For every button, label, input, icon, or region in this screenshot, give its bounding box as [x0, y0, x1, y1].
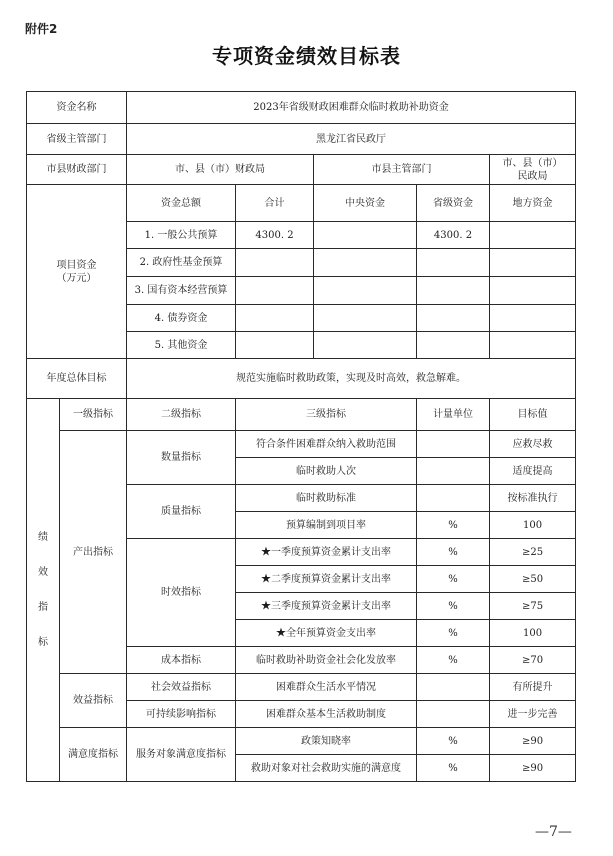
funds-row-provincial: 4300. 2: [417, 222, 490, 249]
funds-col-total-amount: 资金总额: [127, 185, 236, 222]
indicator-name: 困难群众生活水平情况: [236, 674, 417, 701]
funds-row-provincial: [417, 249, 490, 277]
funds-row-central: [314, 249, 417, 277]
annual-goal-row: 年度总体目标 规范实施临时救助政策，实现及时高效，救急解难。: [27, 359, 576, 399]
provincial-dept-value: 黑龙江省民政厅: [127, 124, 576, 155]
funds-row-provincial: [417, 305, 490, 332]
funds-col-local: 地方资金: [490, 185, 576, 222]
funds-row-total: [236, 277, 314, 305]
level1-benefit: 效益指标: [60, 674, 127, 728]
level1-satisfaction: 满意度指标: [60, 728, 127, 782]
level2-cost: 成本指标: [127, 647, 236, 674]
city-dept-line2: 民政局: [492, 170, 573, 183]
project-funds-label-line1: 项目资金: [29, 259, 124, 272]
indicator-target: 有所提升: [490, 674, 576, 701]
indicator-unit: %: [417, 755, 490, 782]
city-finance-label: 市县财政部门: [27, 155, 127, 185]
funds-row-central: [314, 277, 417, 305]
indicator-unit: %: [417, 566, 490, 593]
funds-row-provincial: [417, 332, 490, 359]
fund-name-label: 资金名称: [27, 92, 127, 124]
funds-row-total: [236, 305, 314, 332]
indicator-name: 救助对象对社会救助实施的满意度: [236, 755, 417, 782]
attachment-label: 附件2: [25, 20, 57, 37]
funds-col-central: 中央资金: [314, 185, 417, 222]
project-funds-label: 项目资金 （万元）: [27, 185, 127, 359]
indicator-row: 满意度指标 服务对象满意度指标 政策知晓率 % ≥90: [27, 728, 576, 755]
vert-char: 标: [29, 636, 57, 649]
annual-goal-label: 年度总体目标: [27, 359, 127, 399]
level2-social: 社会效益指标: [127, 674, 236, 701]
funds-row-name: 1. 一般公共预算: [127, 222, 236, 249]
funds-row-name: 3. 国有资本经营预算: [127, 277, 236, 305]
provincial-dept-row: 省级主管部门 黑龙江省民政厅: [27, 124, 576, 155]
indicator-target: 进一步完善: [490, 701, 576, 728]
indicator-name: ★三季度预算资金累计支出率: [236, 593, 417, 620]
indicator-unit: %: [417, 512, 490, 539]
col-unit: 计量单位: [417, 399, 490, 431]
funds-row-name: 5. 其他资金: [127, 332, 236, 359]
indicator-target: 100: [490, 620, 576, 647]
funds-row-central: [314, 332, 417, 359]
annual-goal-text: 规范实施临时救助政策，实现及时高效，救急解难。: [127, 359, 576, 399]
page-number: —7—: [535, 824, 572, 840]
col-level1: 一级指标: [60, 399, 127, 431]
vert-char: 指: [29, 601, 57, 614]
funds-row-local: [490, 249, 576, 277]
vert-char: 效: [29, 566, 57, 579]
provincial-dept-label: 省级主管部门: [27, 124, 127, 155]
indicator-name: 政策知晓率: [236, 728, 417, 755]
col-target: 目标值: [490, 399, 576, 431]
vert-char: 绩: [29, 531, 57, 544]
indicator-target: 适度提高: [490, 458, 576, 485]
indicator-unit: [417, 485, 490, 512]
indicator-target: ≥75: [490, 593, 576, 620]
indicator-unit: %: [417, 728, 490, 755]
funds-header-row: 项目资金 （万元） 资金总额 合计 中央资金 省级资金 地方资金: [27, 185, 576, 222]
funds-row-provincial: [417, 277, 490, 305]
funds-row-total: [236, 249, 314, 277]
indicator-target: ≥90: [490, 728, 576, 755]
indicator-unit: [417, 674, 490, 701]
level2-quantity: 数量指标: [127, 431, 236, 485]
funds-col-provincial: 省级资金: [417, 185, 490, 222]
fund-name-value: 2023年省级财政困难群众临时救助补助资金: [127, 92, 576, 124]
city-dept-value: 市、县（市） 民政局: [490, 155, 576, 185]
indicator-unit: %: [417, 647, 490, 674]
indicator-name: 困难群众基本生活救助制度: [236, 701, 417, 728]
city-finance-row: 市县财政部门 市、县（市）财政局 市县主管部门 市、县（市） 民政局: [27, 155, 576, 185]
indicator-target: 按标准执行: [490, 485, 576, 512]
indicator-target: ≥90: [490, 755, 576, 782]
performance-indicators-label: 绩 效 指 标: [27, 399, 60, 782]
level2-timeliness: 时效指标: [127, 539, 236, 647]
indicator-name: ★二季度预算资金累计支出率: [236, 566, 417, 593]
funds-row-local: [490, 305, 576, 332]
project-funds-label-line2: （万元）: [29, 272, 124, 285]
funds-row-name: 4. 债券资金: [127, 305, 236, 332]
indicators-header-row: 绩 效 指 标 一级指标 二级指标 三级指标 计量单位 目标值: [27, 399, 576, 431]
funds-row-local: [490, 332, 576, 359]
indicator-name: ★一季度预算资金累计支出率: [236, 539, 417, 566]
indicator-target: 100: [490, 512, 576, 539]
indicator-name: ★全年预算资金支出率: [236, 620, 417, 647]
indicator-unit: %: [417, 620, 490, 647]
indicator-target: ≥70: [490, 647, 576, 674]
indicator-name: 临时救助标准: [236, 485, 417, 512]
indicator-row: 效益指标 社会效益指标 困难群众生活水平情况 有所提升: [27, 674, 576, 701]
indicator-unit: [417, 458, 490, 485]
indicator-name: 符合条件困难群众纳入救助范围: [236, 431, 417, 458]
city-dept-label: 市县主管部门: [314, 155, 490, 185]
level1-output: 产出指标: [60, 431, 127, 674]
city-finance-value: 市、县（市）财政局: [127, 155, 314, 185]
level2-sustainable: 可持续影响指标: [127, 701, 236, 728]
indicator-unit: %: [417, 593, 490, 620]
indicator-unit: %: [417, 539, 490, 566]
funds-row-central: [314, 305, 417, 332]
indicator-unit: [417, 701, 490, 728]
funds-row-total: 4300. 2: [236, 222, 314, 249]
indicator-name: 预算编制到项目率: [236, 512, 417, 539]
level2-quality: 质量指标: [127, 485, 236, 539]
funds-row-total: [236, 332, 314, 359]
performance-target-table: 资金名称 2023年省级财政困难群众临时救助补助资金 省级主管部门 黑龙江省民政…: [26, 91, 576, 782]
indicator-target: ≥25: [490, 539, 576, 566]
indicator-name: 临时救助人次: [236, 458, 417, 485]
indicator-target: 应救尽救: [490, 431, 576, 458]
indicator-row: 产出指标 数量指标 符合条件困难群众纳入救助范围 应救尽救: [27, 431, 576, 458]
funds-row-local: [490, 277, 576, 305]
funds-row-local: [490, 222, 576, 249]
page-title: 专项资金绩效目标表: [0, 40, 613, 69]
col-level2: 二级指标: [127, 399, 236, 431]
funds-row-central: [314, 222, 417, 249]
indicator-unit: [417, 431, 490, 458]
indicator-name: 临时救助补助资金社会化发放率: [236, 647, 417, 674]
indicator-target: ≥50: [490, 566, 576, 593]
funds-row-name: 2. 政府性基金预算: [127, 249, 236, 277]
funds-col-sum: 合计: [236, 185, 314, 222]
city-dept-line1: 市、县（市）: [492, 157, 573, 170]
col-level3: 三级指标: [236, 399, 417, 431]
fund-name-row: 资金名称 2023年省级财政困难群众临时救助补助资金: [27, 92, 576, 124]
level2-service-satisfaction: 服务对象满意度指标: [127, 728, 236, 782]
